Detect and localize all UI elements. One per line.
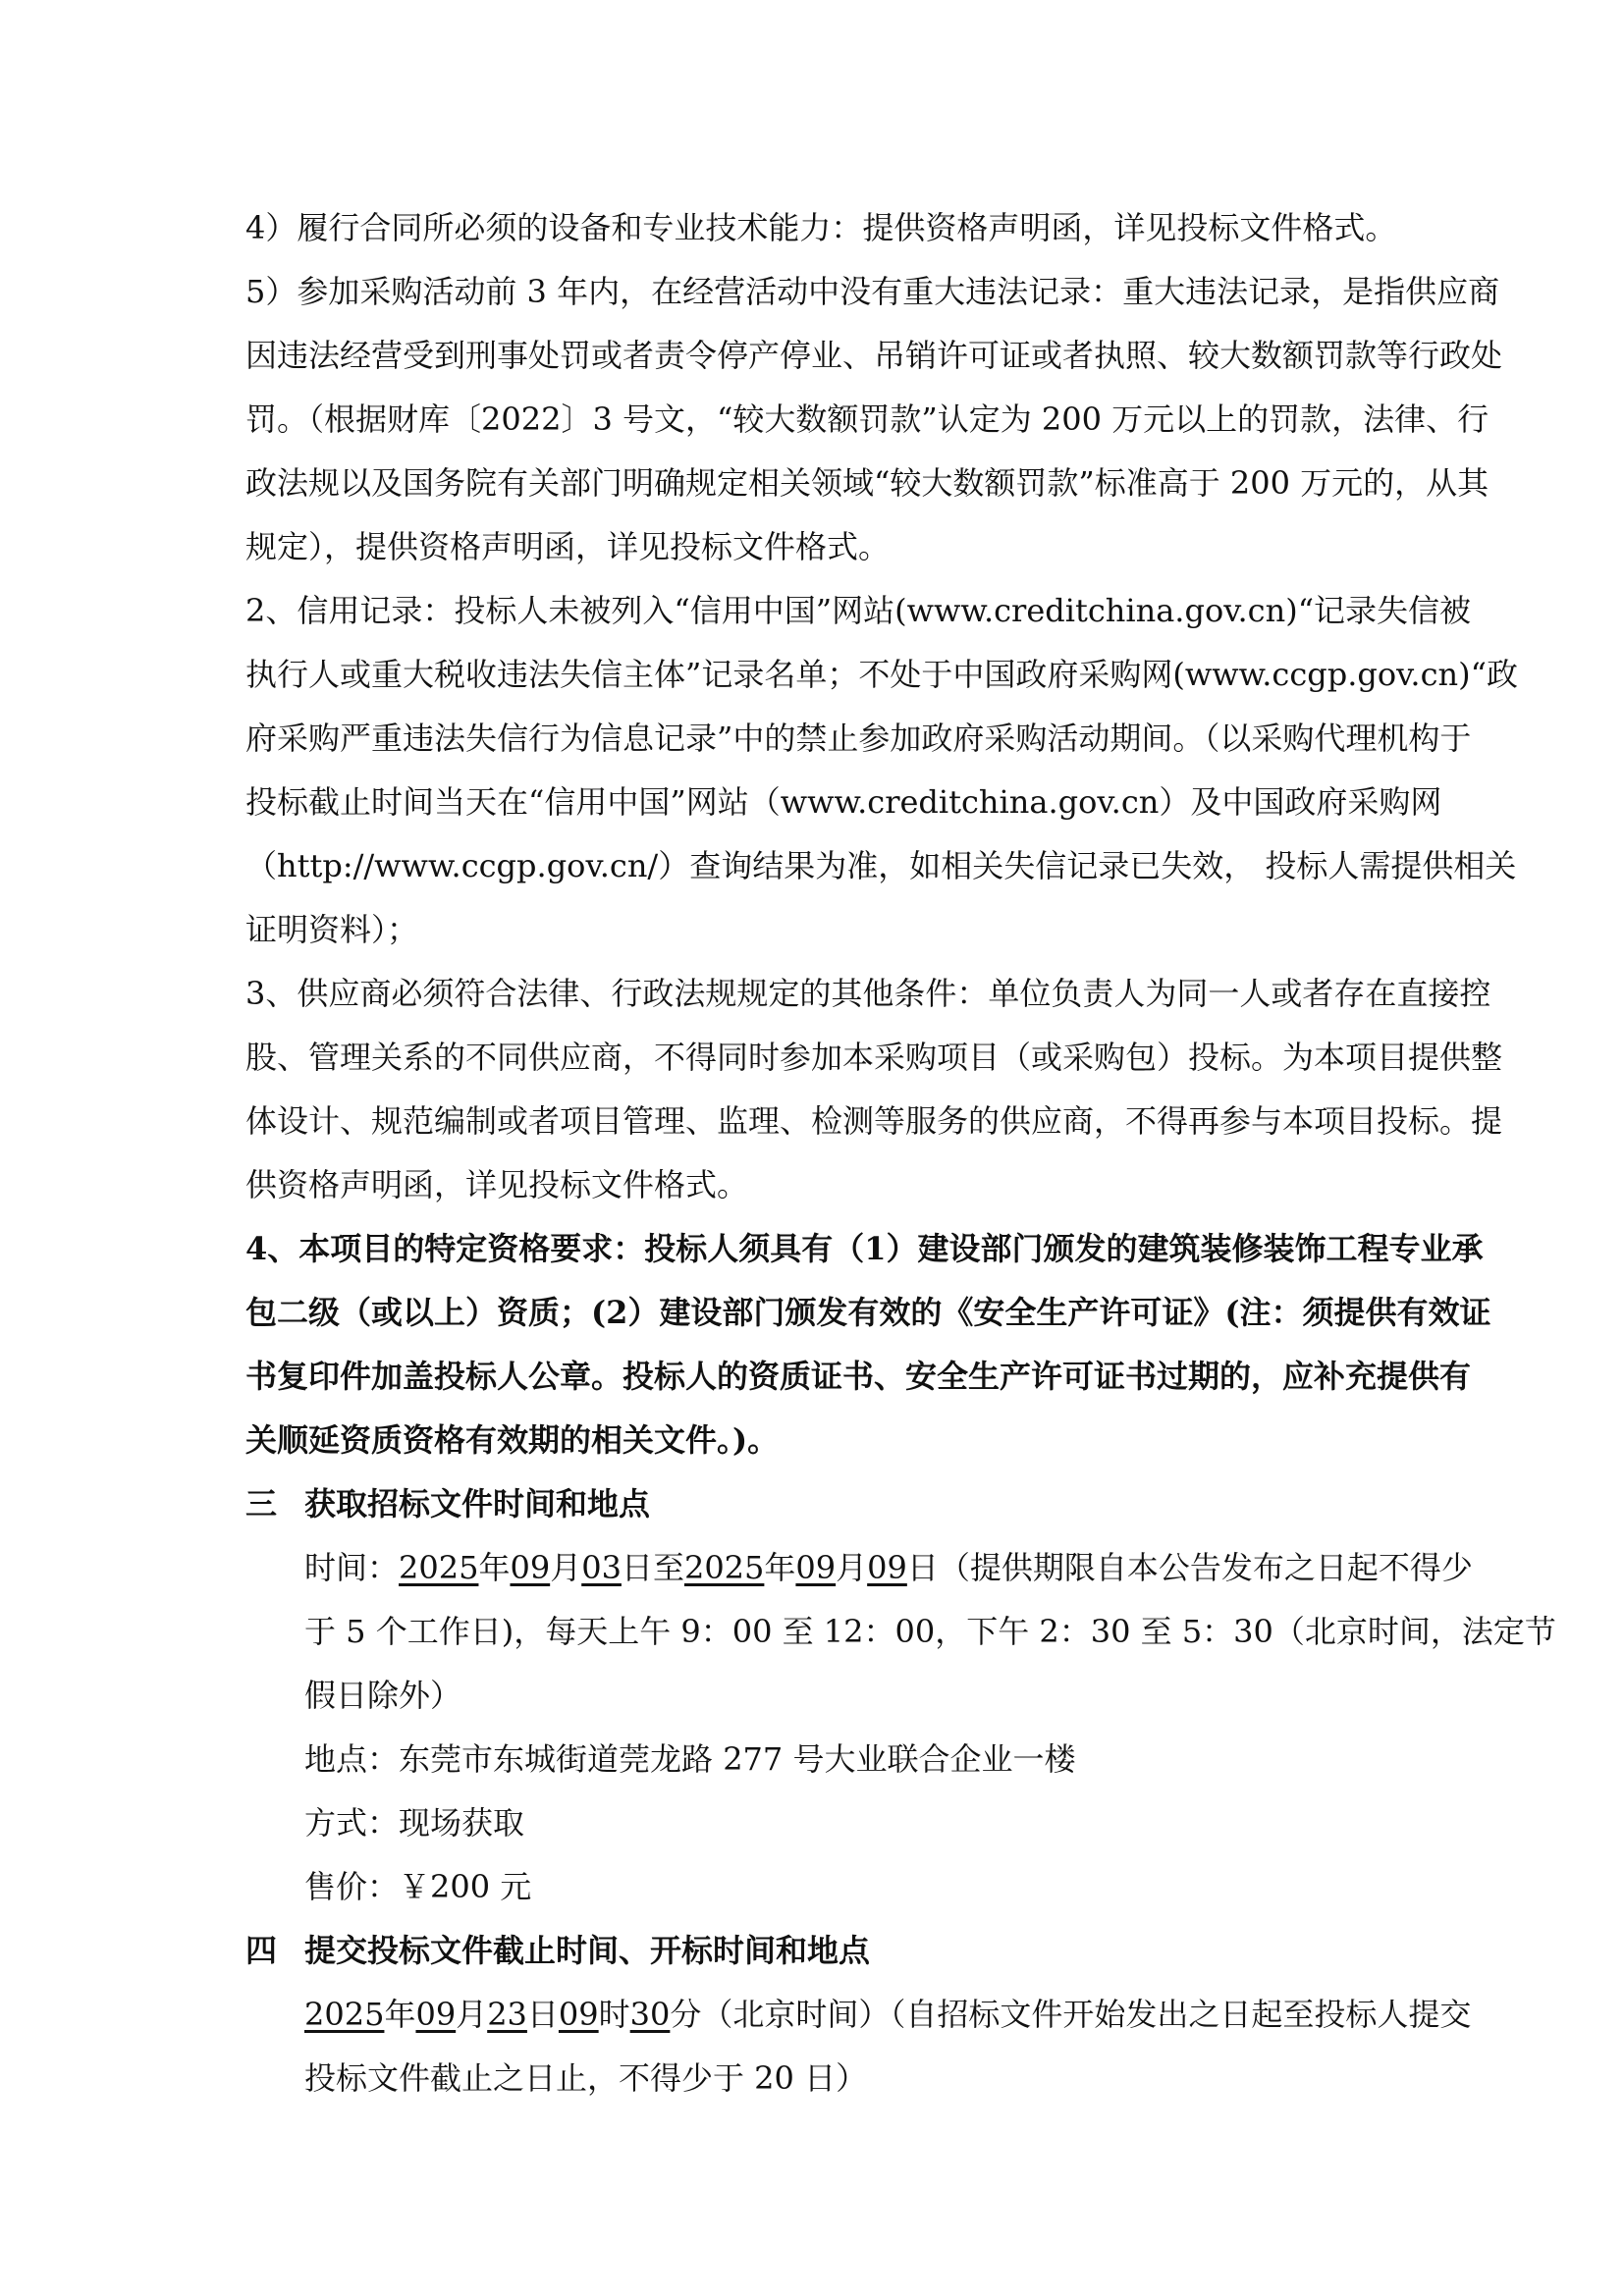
location-label: 地点： <box>304 1740 399 1778</box>
end-month: 09 <box>795 1549 836 1586</box>
deadline-line-1: 2025年09月23日09时30分（北京时间）（自招标文件开始发出之日起至投标人… <box>304 1983 1384 2047</box>
acquisition-time-line-2: 于 5 个工作日)，每天上午 9：00 至 12：00，下午 2：30 至 5：… <box>304 1600 1384 1664</box>
start-month: 09 <box>510 1549 550 1586</box>
item5-line-4: 政法规以及国务院有关部门明确规定相关领域“较大数额罚款”标准高于 200 万元的… <box>245 452 1384 515</box>
price-label: 售价： <box>304 1868 399 1905</box>
price-value: ￥200 元 <box>399 1868 531 1905</box>
unit-day: 日 <box>907 1549 939 1586</box>
unit-year: 年 <box>478 1549 510 1586</box>
deadline-year: 2025 <box>304 1996 384 2033</box>
deadline-line-2: 投标文件截止之日止，不得少于 20 日） <box>304 2047 1384 2110</box>
unit-day: 日 <box>622 1549 653 1586</box>
acquisition-time-line-1: 时间：2025年09月03日至2025年09月09日（提供期限自本公告发布之日起… <box>304 1536 1384 1600</box>
unit-day: 日 <box>527 1996 559 2033</box>
credit-record-line-1: 2、信用记录：投标人未被列入“信用中国”网站(www.creditchina.g… <box>245 579 1384 643</box>
deadline-hour: 09 <box>559 1996 599 2033</box>
specific-requirements-line-1: 4、本项目的特定资格要求：投标人须具有（1）建设部门颁发的建筑装修装饰工程专业承 <box>245 1217 1384 1281</box>
location-value: 东莞市东城街道莞龙路 277 号大业联合企业一楼 <box>399 1740 1075 1778</box>
unit-minute: 分 <box>670 1996 701 2033</box>
deadline-minute: 30 <box>630 1996 671 2033</box>
document-page: 4）履行合同所必须的设备和专业技术能力：提供资格声明函，详见投标文件格式。 5）… <box>0 0 1624 2296</box>
item4-equipment-capability: 4）履行合同所必须的设备和专业技术能力：提供资格声明函，详见投标文件格式。 <box>245 196 1384 260</box>
section4-heading: 四提交投标文件截止时间、开标时间和地点 <box>245 1919 1384 1983</box>
other-conditions-line-2: 股、管理关系的不同供应商，不得同时参加本采购项目（或采购包）投标。为本项目提供整 <box>245 1026 1384 1090</box>
item5-line-3: 罚。（根据财库〔2022〕3 号文，“较大数额罚款”认定为 200 万元以上的罚… <box>245 388 1384 452</box>
item5-line-5: 规定），提供资格声明函，详见投标文件格式。 <box>245 515 1384 579</box>
item5-line-1: 5）参加采购活动前 3 年内，在经营活动中没有重大违法记录：重大违法记录，是指供… <box>245 260 1384 324</box>
specific-requirements-line-4: 关顺延资质资格有效期的相关文件。)。 <box>245 1409 1384 1472</box>
other-conditions-line-1: 3、供应商必须符合法律、行政法规规定的其他条件：单位负责人为同一人或者存在直接控 <box>245 962 1384 1026</box>
credit-record-line-5: （http://www.ccgp.gov.cn/）查询结果为准，如相关失信记录已… <box>245 834 1384 898</box>
unit-month: 月 <box>550 1549 581 1586</box>
section3-heading: 三获取招标文件时间和地点 <box>245 1472 1384 1536</box>
credit-record-line-4: 投标截止时间当天在“信用中国”网站（www.creditchina.gov.cn… <box>245 771 1384 834</box>
unit-month: 月 <box>456 1996 487 2033</box>
method-label: 方式： <box>304 1804 399 1842</box>
unit-year: 年 <box>384 1996 415 2033</box>
credit-record-line-3: 府采购严重违法失信行为信息记录”中的禁止参加政府采购活动期间。（以采购代理机构于 <box>245 707 1384 771</box>
unit-year: 年 <box>764 1549 795 1586</box>
section3-number: 三 <box>245 1472 304 1536</box>
end-year: 2025 <box>684 1549 764 1586</box>
start-year: 2025 <box>399 1549 478 1586</box>
section3-title: 获取招标文件时间和地点 <box>304 1485 650 1522</box>
section4-number: 四 <box>245 1919 304 1983</box>
item5-line-2: 因违法经营受到刑事处罚或者责令停产停业、吊销许可证或者执照、较大数额罚款等行政处 <box>245 324 1384 388</box>
start-day: 03 <box>581 1549 622 1586</box>
time-note: （提供期限自本公告发布之日起不得少 <box>939 1549 1473 1586</box>
acquisition-time-line-3: 假日除外） <box>304 1664 1384 1728</box>
acquisition-location: 地点：东莞市东城街道莞龙路 277 号大业联合企业一楼 <box>304 1728 1384 1791</box>
unit-hour: 时 <box>599 1996 630 2033</box>
deadline-month: 09 <box>415 1996 456 2033</box>
end-day: 09 <box>867 1549 907 1586</box>
method-value: 现场获取 <box>399 1804 524 1842</box>
credit-record-line-6: 证明资料）； <box>245 898 1384 962</box>
deadline-note: （北京时间）（自招标文件开始发出之日起至投标人提交 <box>701 1996 1471 2033</box>
unit-to: 至 <box>653 1549 684 1586</box>
section4-title: 提交投标文件截止时间、开标时间和地点 <box>304 1932 870 1969</box>
time-label: 时间： <box>304 1549 399 1586</box>
deadline-day: 23 <box>487 1996 527 2033</box>
specific-requirements-line-3: 书复印件加盖投标人公章。投标人的资质证书、安全生产许可证书过期的，应补充提供有 <box>245 1345 1384 1409</box>
credit-record-line-2: 执行人或重大税收违法失信主体”记录名单；不处于中国政府采购网(www.ccgp.… <box>245 643 1384 707</box>
acquisition-method: 方式：现场获取 <box>304 1791 1384 1855</box>
other-conditions-line-3: 体设计、规范编制或者项目管理、监理、检测等服务的供应商，不得再参与本项目投标。提 <box>245 1090 1384 1153</box>
other-conditions-line-4: 供资格声明函，详见投标文件格式。 <box>245 1153 1384 1217</box>
specific-requirements-line-2: 包二级（或以上）资质；(2）建设部门颁发有效的《安全生产许可证》(注：须提供有效… <box>245 1281 1384 1345</box>
document-price: 售价：￥200 元 <box>304 1855 1384 1919</box>
unit-month: 月 <box>836 1549 867 1586</box>
